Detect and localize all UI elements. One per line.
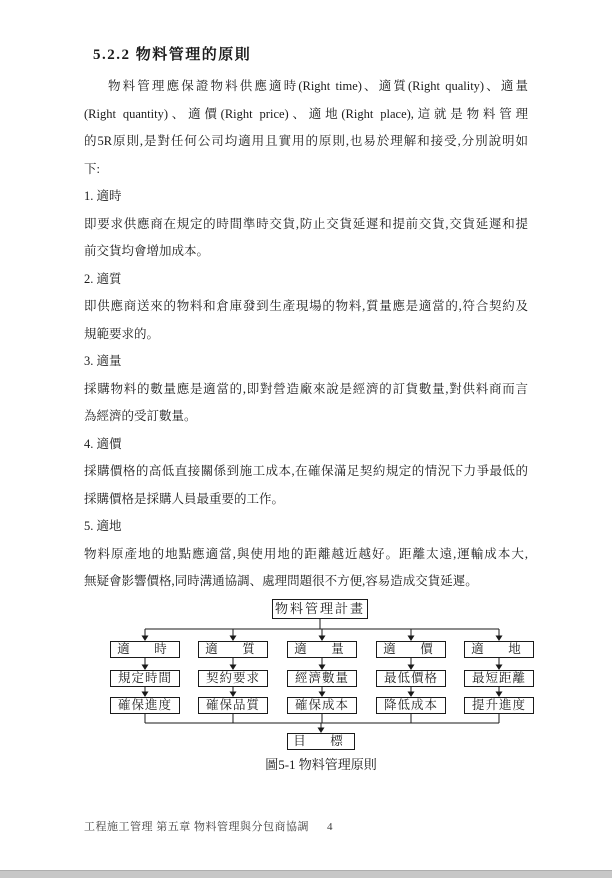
intro-line: 下: (84, 156, 528, 184)
flowchart-box-criterion: 最低價格 (376, 670, 446, 687)
flowchart-box-target: 目 標 (287, 733, 355, 750)
page-edge (0, 870, 612, 878)
section-body-line: 即要求供應商在規定的時間準時交貨,防止交貨延遲和提前交貨,交貨延遲和提 (84, 211, 528, 239)
section-body-line: 即供應商送來的物料和倉庫發到生產現場的物料,質量應是適當的,符合契約及 (84, 293, 528, 321)
flowchart-connectors (0, 596, 612, 784)
page-footer: 工程施工管理 第五章 物料管理與分包商協調4 (84, 820, 333, 834)
section-body-line: 為經濟的受訂數量。 (84, 403, 528, 431)
section-body-line: 規範要求的。 (84, 321, 528, 349)
body-text: 物料管理應保證物料供應適時(Right time)、適質(Right quali… (84, 73, 528, 596)
flowchart-box-outcome: 降低成本 (376, 697, 446, 714)
section-body-line: 採購價格的高低直接關係到施工成本,在確保滿足契約規定的情況下力爭最低的 (84, 458, 528, 486)
section-body-line: 採購價格是採購人員最重要的工作。 (84, 486, 528, 514)
footer-chapter-text: 工程施工管理 第五章 物料管理與分包商協調 (84, 821, 309, 833)
footer-page-number: 4 (327, 821, 333, 833)
flowchart-box-criterion: 最短距離 (464, 670, 534, 687)
flowchart-box-plan: 物料管理計畫 (272, 599, 368, 619)
flowchart-box-outcome: 確保品質 (198, 697, 268, 714)
flowchart-box-criterion: 規定時間 (110, 670, 180, 687)
intro-line: 物料管理應保證物料供應適時(Right time)、適質(Right quali… (84, 73, 528, 101)
flowchart-box-outcome: 確保進度 (110, 697, 180, 714)
flowchart-box-principle: 適 質 (198, 641, 268, 658)
flowchart-box-criterion: 經濟數量 (287, 670, 357, 687)
section-label-right-place: 5. 適地 (84, 513, 528, 541)
flowchart-box-principle: 適 時 (110, 641, 180, 658)
section-label-right-quantity: 3. 適量 (84, 348, 528, 376)
flowchart-box-outcome: 確保成本 (287, 697, 357, 714)
section-heading: 5.2.2 物料管理的原則 (0, 0, 612, 66)
section-body-line: 採購物料的數量應是適當的,即對營造廠來說是經濟的訂貨數量,對供料商而言 (84, 376, 528, 404)
flowchart-box-outcome: 提升進度 (464, 697, 534, 714)
section-label-right-price: 4. 適價 (84, 431, 528, 459)
section-body-line: 前交貨均會增加成本。 (84, 238, 528, 266)
intro-line: 的5R原則,是對任何公司均適用且實用的原則,也易於理解和接受,分別說明如 (84, 128, 528, 156)
flowchart-box-principle: 適 地 (464, 641, 534, 658)
figure-caption: 圖5-1 物料管理原則 (0, 757, 612, 773)
section-body-line: 物料原產地的地點應適當,與使用地的距離越近越好。距離太遠,運輸成本大, (84, 541, 528, 569)
section-label-right-quality: 2. 適質 (84, 266, 528, 294)
material-management-flowchart: 物料管理計畫 適 時 適 質 適 量 適 價 適 地 規定時間 契約要求 經濟數… (0, 596, 612, 784)
flowchart-box-principle: 適 價 (376, 641, 446, 658)
flowchart-box-principle: 適 量 (287, 641, 357, 658)
section-label-right-time: 1. 適時 (84, 183, 528, 211)
section-body-line: 無疑會影響價格,同時溝通協調、處理問題很不方便,容易造成交貨延遲。 (84, 568, 528, 596)
intro-line: (Right quantity)、適價(Right price)、適地(Righ… (84, 101, 528, 129)
document-page: 5.2.2 物料管理的原則 物料管理應保證物料供應適時(Right time)、… (0, 0, 612, 878)
flowchart-box-criterion: 契約要求 (198, 670, 268, 687)
